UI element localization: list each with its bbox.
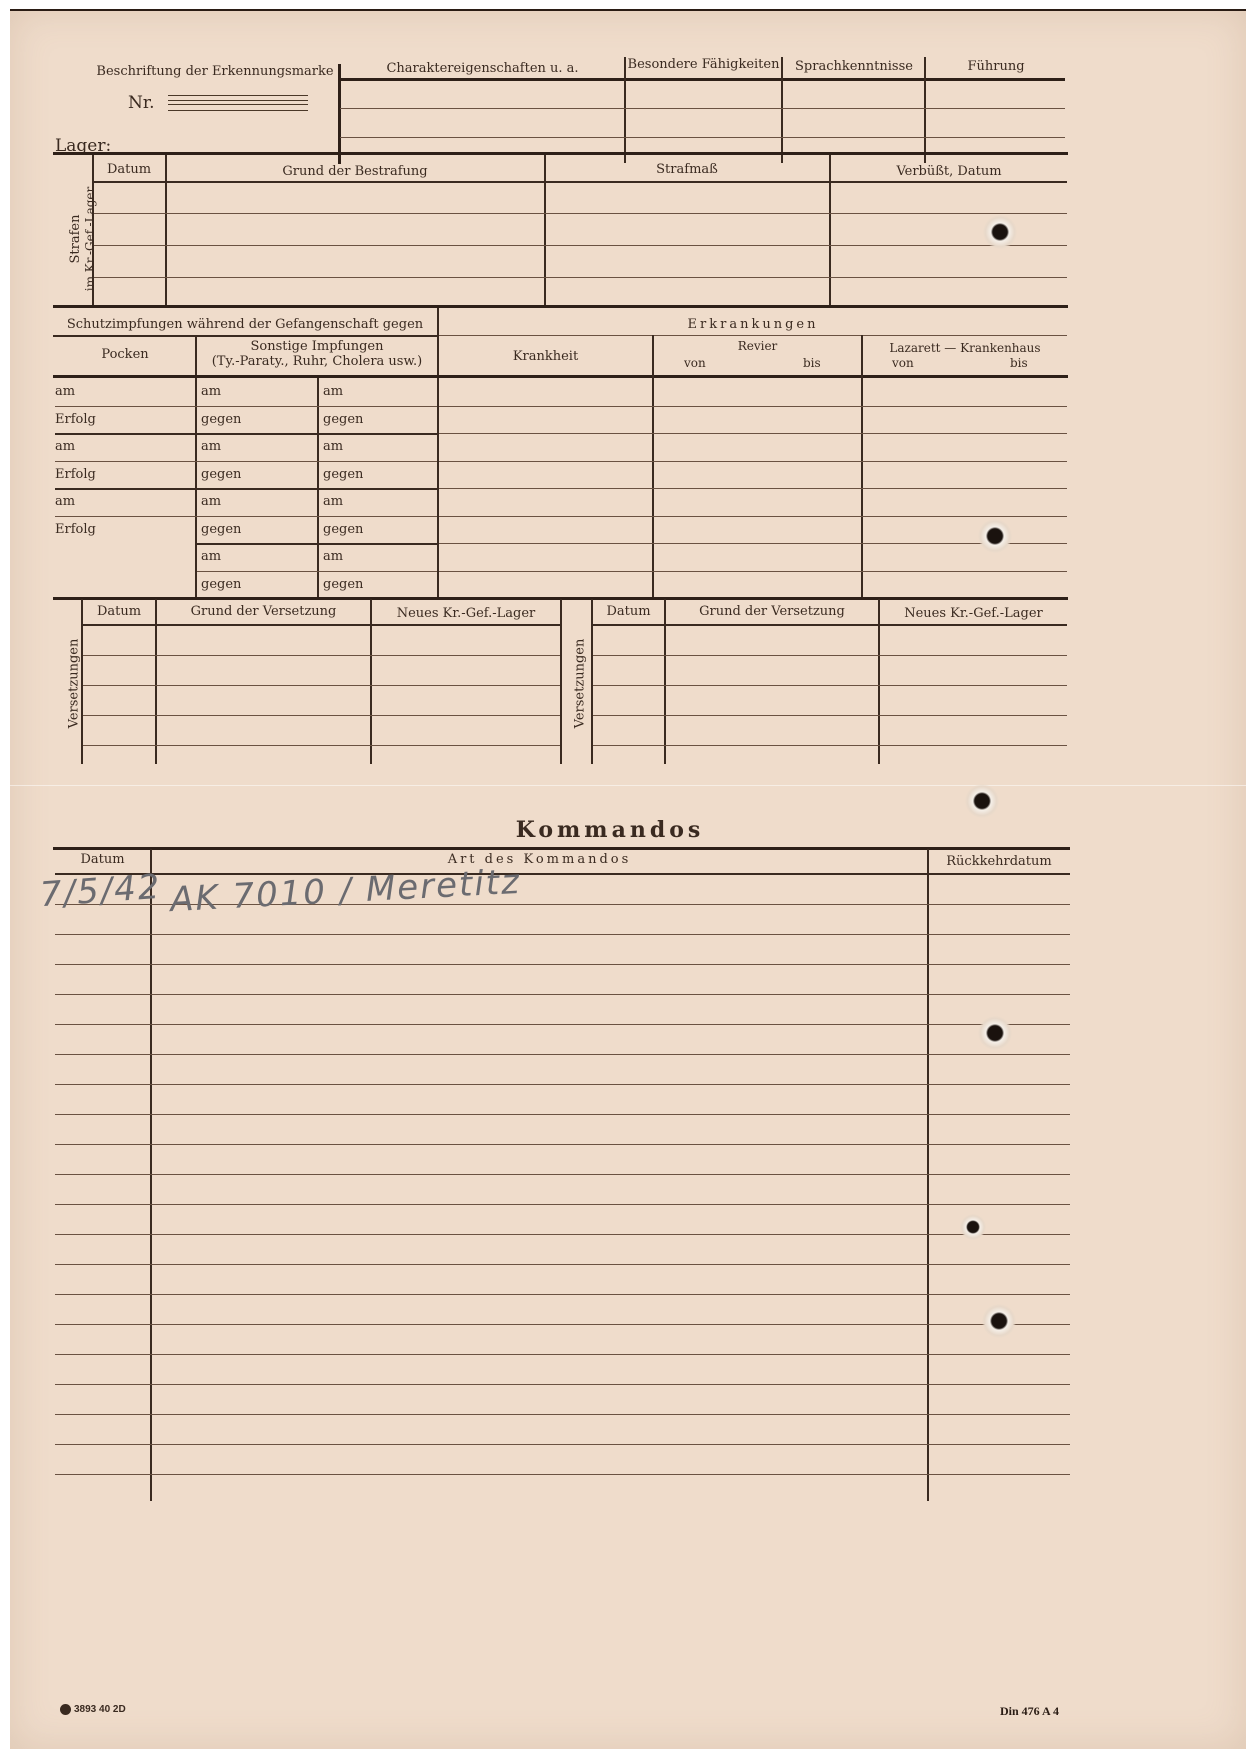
punch-hole [982,1304,1016,1338]
impfung-cell-sonstige-1: am [201,549,221,564]
impfung-cell-sonstige-1: am [201,384,221,399]
versetzungen-left-datum: Datum [83,604,155,619]
punch-hole [978,1016,1012,1050]
punch-hole [965,784,999,818]
revier-von: von [684,356,706,370]
versetzungen-side-label-left: Versetzungen [67,634,82,734]
impfungen-title: Schutzimpfungen während der Gefangenscha… [55,317,435,332]
impfung-cell-sonstige-2: gegen [323,467,363,482]
strafen-header-strafmass: Strafmaß [546,162,828,177]
impfung-cell-sonstige-2: am [323,494,343,509]
nr-label: Nr. [128,93,155,113]
impfung-cell-sonstige-2: gegen [323,577,363,592]
kommandos-header-datum: Datum [55,852,150,867]
lazarett-bis: bis [1010,356,1028,370]
print-code: 3893 40 2D [60,1704,126,1715]
impfung-cell-pocken: am [55,494,75,509]
erkrankungen-col-revier: Revier [654,339,861,353]
impfung-cell-sonstige-1: gegen [201,577,241,592]
punch-hole [960,1214,986,1240]
marke-label: Beschriftung der Erkennungsmarke [85,64,345,79]
impfung-cell-sonstige-2: am [323,439,343,454]
impfung-cell-sonstige-1: gegen [201,412,241,427]
impfung-cell-sonstige-1: am [201,494,221,509]
printer-mark-icon [60,1704,71,1715]
nr-field[interactable] [168,95,308,111]
document-page: Beschriftung der Erkennungsmarke Nr. Lag… [10,9,1246,1749]
versetzungen-left-lager: Neues Kr.-Gef.-Lager [372,606,560,621]
versetzungen-left-grund: Grund der Versetzung [157,604,370,619]
revier-bis: bis [803,356,821,370]
impfung-cell-sonstige-2: gegen [323,412,363,427]
lazarett-von: von [892,356,914,370]
erkrankungen-col-lazarett: Lazarett — Krankenhaus [863,341,1067,355]
col-fuehrung: Führung [926,59,1066,74]
erkrankungen-col-krankheit: Krankheit [439,349,652,364]
impfung-cell-pocken: Erfolg [55,522,96,537]
strafen-header-grund: Grund der Bestrafung [167,164,543,179]
impfung-cell-sonstige-1: gegen [201,467,241,482]
impfung-cell-sonstige-2: gegen [323,522,363,537]
versetzungen-right-datum: Datum [593,604,664,619]
kommandos-header-art: Art des Kommandos [152,852,927,867]
impfung-cell-sonstige-1: gegen [201,522,241,537]
din-label: Din 476 A 4 [1000,1704,1059,1719]
impfung-cell-pocken: Erfolg [55,412,96,427]
punch-hole [978,519,1012,553]
kommandos-title: Kommandos [310,817,910,843]
impfungen-col-sonstige: Sonstige Impfungen(Ty.-Paraty., Ruhr, Ch… [197,339,437,369]
impfung-cell-pocken: am [55,384,75,399]
impfung-cell-sonstige-2: am [323,384,343,399]
versetzungen-right-lager: Neues Kr.-Gef.-Lager [880,606,1067,621]
punch-hole [983,215,1017,249]
impfung-cell-sonstige-2: am [323,549,343,564]
impfungen-col-pocken: Pocken [55,347,195,362]
impfung-cell-pocken: am [55,439,75,454]
col-charakter: Charaktereigenschaften u. a. [340,61,625,76]
versetzungen-side-label-right: Versetzungen [573,634,588,734]
strafen-header-verbuesst: Verbüßt, Datum [831,164,1067,179]
kommandos-header-rueckkehr: Rückkehrdatum [929,854,1069,869]
erkrankungen-title: Erkrankungen [439,317,1067,332]
strafen-header-datum: Datum [94,162,164,177]
kommando-entry-art: AK 7010 / Meretitz [169,862,522,920]
col-faehigkeiten: Besondere Fähigkeiten [626,57,781,72]
versetzungen-right-grund: Grund der Versetzung [666,604,878,619]
col-sprachen: Sprachkenntnisse [783,59,925,74]
impfung-cell-pocken: Erfolg [55,467,96,482]
kommando-entry-datum: 7/5/42 [39,867,163,915]
impfung-cell-sonstige-1: am [201,439,221,454]
